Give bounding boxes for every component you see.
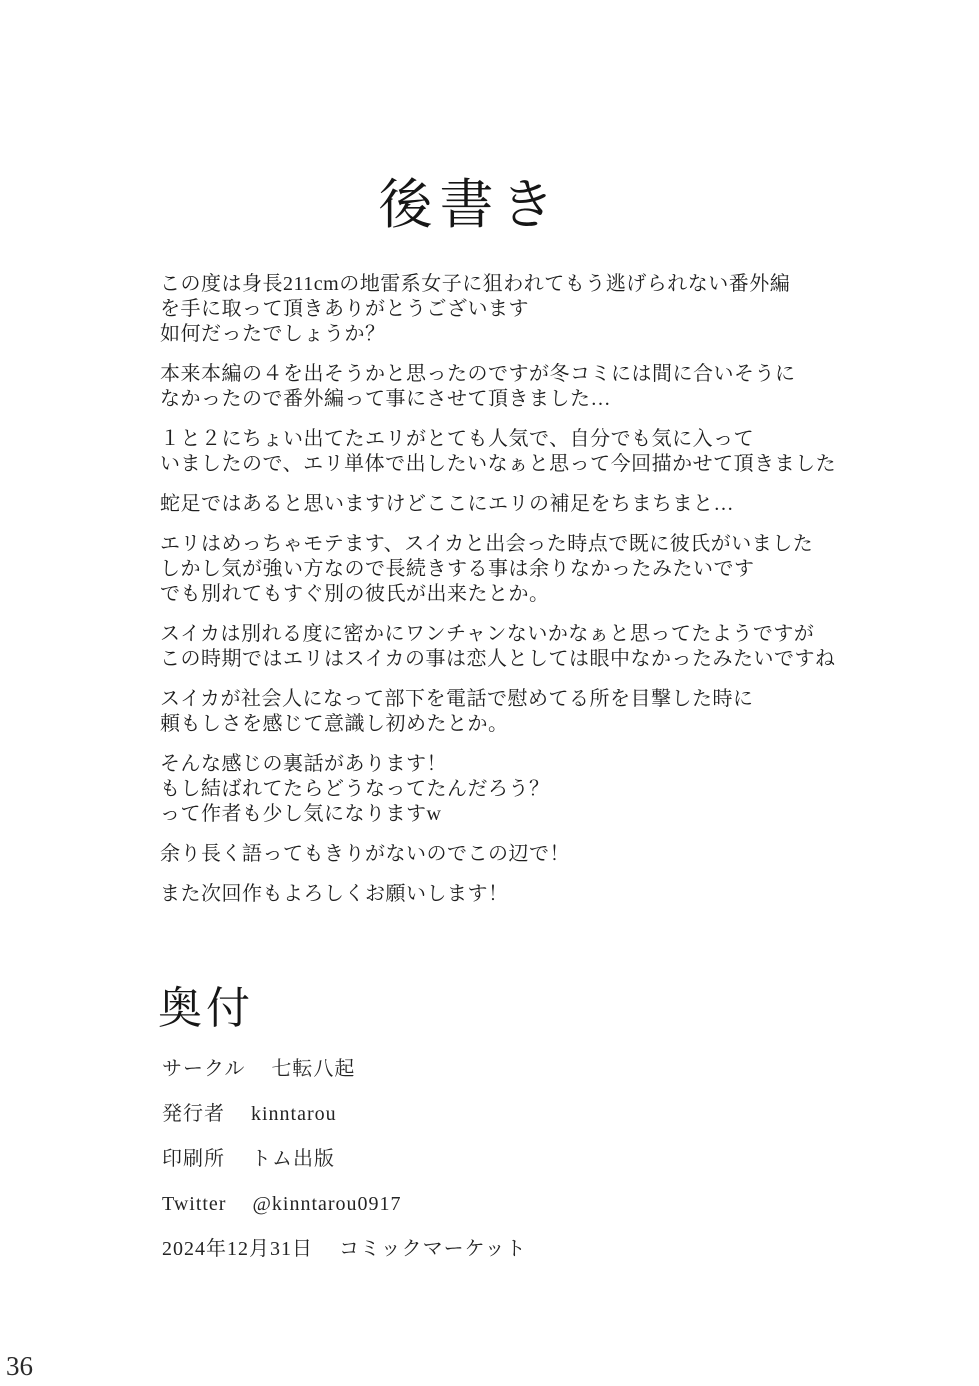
colophon-value: トム出版 [251, 1148, 335, 1170]
afterword-page: 後書き この度は身長211cmの地雷系女子に狙われてもう逃げられない番外編 を手… [0, 0, 979, 1386]
colophon-value: コミックマーケット [339, 1238, 527, 1260]
afterword-paragraph: 余り長く語ってもきりがないのでこの辺で！ [160, 842, 860, 867]
afterword-paragraph: １と２にちょい出てたエリがとても人気で、自分でも気に入って いましたので、エリ単… [160, 427, 860, 477]
afterword-line: 本来本編の４を出そうかと思ったのですが冬コミには間に合いそうに [160, 362, 860, 387]
afterword-line: って作者も少し気になりますw [160, 802, 860, 827]
colophon-row-circle: サークル 七転八起 [162, 1058, 527, 1080]
afterword-line: この度は身長211cmの地雷系女子に狙われてもう逃げられない番外編 [160, 272, 860, 297]
afterword-line: いましたので、エリ単体で出したいなぁと思って今回描かせて頂きました [160, 452, 860, 477]
colophon-row-twitter: Twitter @kinntarou0917 [162, 1193, 527, 1215]
afterword-line: スイカは別れる度に密かにワンチャンないかなぁと思ってたようですが [160, 622, 860, 647]
afterword-line: １と２にちょい出てたエリがとても人気で、自分でも気に入って [160, 427, 860, 452]
afterword-line: 余り長く語ってもきりがないのでこの辺で！ [160, 842, 860, 867]
page-title: 後書き [0, 176, 940, 235]
colophon-list: サークル 七転八起 発行者 kinntarou 印刷所 トム出版 Twitter… [162, 1058, 527, 1283]
afterword-line: もし結ばれてたらどうなってたんだろう？ [160, 777, 860, 802]
afterword-line: スイカが社会人になって部下を電話で慰めてる所を目撃した時に [160, 687, 860, 712]
afterword-line: また次回作もよろしくお願いします！ [160, 882, 860, 907]
colophon-value: 七転八起 [271, 1058, 355, 1080]
colophon-row-event-date: 2024年12月31日 コミックマーケット [162, 1238, 527, 1260]
afterword-line: 如何だったでしょうか？ [160, 322, 860, 347]
afterword-paragraph: この度は身長211cmの地雷系女子に狙われてもう逃げられない番外編 を手に取って… [160, 272, 860, 347]
afterword-paragraph: 本来本編の４を出そうかと思ったのですが冬コミには間に合いそうに なかったので番外… [160, 362, 860, 412]
afterword-line: 頼もしさを感じて意識し初めたとか。 [160, 712, 860, 737]
afterword-line: エリはめっちゃモテます、スイカと出会った時点で既に彼氏がいました [160, 532, 860, 557]
afterword-paragraph: また次回作もよろしくお願いします！ [160, 882, 860, 907]
afterword-line: なかったので番外編って事にさせて頂きました… [160, 387, 860, 412]
afterword-body: この度は身長211cmの地雷系女子に狙われてもう逃げられない番外編 を手に取って… [160, 272, 860, 922]
colophon-heading: 奥付 [158, 985, 254, 1033]
afterword-line: 蛇足ではあると思いますけどここにエリの補足をちまちまと… [160, 492, 860, 517]
afterword-line: でも別れてもすぐ別の彼氏が出来たとか。 [160, 582, 860, 607]
colophon-label: 印刷所 [162, 1148, 225, 1170]
colophon-label: 発行者 [162, 1103, 225, 1125]
colophon-label: 2024年12月31日 [162, 1238, 313, 1260]
colophon-label: サークル [162, 1058, 245, 1080]
colophon-value: kinntarou [251, 1103, 337, 1125]
colophon-value: @kinntarou0917 [252, 1193, 401, 1215]
afterword-line: を手に取って頂きありがとうございます [160, 297, 860, 322]
afterword-line: この時期ではエリはスイカの事は恋人としては眼中なかったみたいですね [160, 647, 860, 672]
afterword-paragraph: そんな感じの裏話があります！ もし結ばれてたらどうなってたんだろう？ って作者も… [160, 752, 860, 827]
afterword-paragraph: エリはめっちゃモテます、スイカと出会った時点で既に彼氏がいました しかし気が強い… [160, 532, 860, 607]
page-number: 36 [6, 1353, 33, 1380]
colophon-label: Twitter [162, 1193, 226, 1215]
colophon-row-publisher: 発行者 kinntarou [162, 1103, 527, 1125]
afterword-paragraph: 蛇足ではあると思いますけどここにエリの補足をちまちまと… [160, 492, 860, 517]
afterword-paragraph: スイカは別れる度に密かにワンチャンないかなぁと思ってたようですが この時期ではエ… [160, 622, 860, 672]
afterword-line: しかし気が強い方なので長続きする事は余りなかったみたいです [160, 557, 860, 582]
afterword-line: そんな感じの裏話があります！ [160, 752, 860, 777]
colophon-row-printer: 印刷所 トム出版 [162, 1148, 527, 1170]
afterword-paragraph: スイカが社会人になって部下を電話で慰めてる所を目撃した時に 頼もしさを感じて意識… [160, 687, 860, 737]
